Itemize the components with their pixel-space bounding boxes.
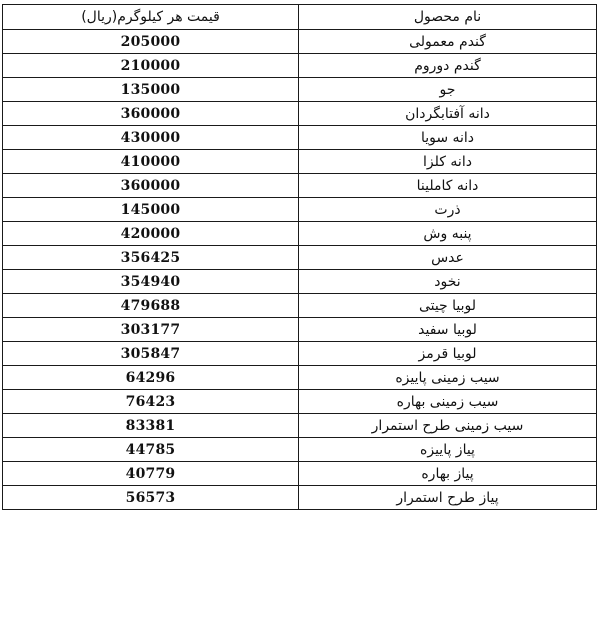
- price-cell: 210000: [3, 54, 299, 78]
- table-row: 360000دانه آفتابگردان: [3, 102, 597, 126]
- product-name-cell: پیاز طرح استمرار: [299, 486, 597, 510]
- table-row: 360000دانه کاملینا: [3, 174, 597, 198]
- price-cell: 76423: [3, 390, 299, 414]
- product-name-cell: دانه سویا: [299, 126, 597, 150]
- price-cell: 354940: [3, 270, 299, 294]
- table-row: 356425عدس: [3, 246, 597, 270]
- price-cell: 360000: [3, 174, 299, 198]
- table-row: 210000گندم دوروم: [3, 54, 597, 78]
- product-name-cell: نخود: [299, 270, 597, 294]
- price-cell: 420000: [3, 222, 299, 246]
- price-cell: 430000: [3, 126, 299, 150]
- price-cell: 83381: [3, 414, 299, 438]
- header-product-name: نام محصول: [299, 5, 597, 30]
- table-row: 420000پنبه وش: [3, 222, 597, 246]
- table-row: 56573پیاز طرح استمرار: [3, 486, 597, 510]
- price-cell: 410000: [3, 150, 299, 174]
- table-row: 205000گندم معمولی: [3, 30, 597, 54]
- table-row: 44785پیاز پاییزه: [3, 438, 597, 462]
- table-row: 479688لوبیا چیتی: [3, 294, 597, 318]
- price-cell: 135000: [3, 78, 299, 102]
- table-row: 40779پیاز بهاره: [3, 462, 597, 486]
- table-row: 145000ذرت: [3, 198, 597, 222]
- price-cell: 479688: [3, 294, 299, 318]
- product-name-cell: پنبه وش: [299, 222, 597, 246]
- table-row: 303177لوبیا سفید: [3, 318, 597, 342]
- table-row: 430000دانه سویا: [3, 126, 597, 150]
- header-price-per-kg: قیمت هر کیلوگرم(ریال): [3, 5, 299, 30]
- product-name-cell: سیب زمینی بهاره: [299, 390, 597, 414]
- product-name-cell: جو: [299, 78, 597, 102]
- product-name-cell: ذرت: [299, 198, 597, 222]
- table-header-row: قیمت هر کیلوگرم(ریال) نام محصول: [3, 5, 597, 30]
- price-cell: 360000: [3, 102, 299, 126]
- product-name-cell: لوبیا چیتی: [299, 294, 597, 318]
- product-name-cell: دانه کلزا: [299, 150, 597, 174]
- product-name-cell: دانه کاملینا: [299, 174, 597, 198]
- product-name-cell: گندم معمولی: [299, 30, 597, 54]
- price-cell: 40779: [3, 462, 299, 486]
- product-name-cell: عدس: [299, 246, 597, 270]
- product-name-cell: لوبیا سفید: [299, 318, 597, 342]
- crop-price-table: قیمت هر کیلوگرم(ریال) نام محصول 205000گن…: [2, 4, 597, 510]
- price-cell: 303177: [3, 318, 299, 342]
- product-name-cell: پیاز پاییزه: [299, 438, 597, 462]
- table-row: 64296سیب زمینی پاییزه: [3, 366, 597, 390]
- product-name-cell: گندم دوروم: [299, 54, 597, 78]
- table-row: 135000جو: [3, 78, 597, 102]
- price-cell: 44785: [3, 438, 299, 462]
- price-cell: 356425: [3, 246, 299, 270]
- price-cell: 56573: [3, 486, 299, 510]
- table-row: 305847لوبیا قرمز: [3, 342, 597, 366]
- table-body: 205000گندم معمولی210000گندم دوروم135000ج…: [3, 30, 597, 510]
- price-cell: 64296: [3, 366, 299, 390]
- table-row: 83381سیب زمینی طرح استمرار: [3, 414, 597, 438]
- price-cell: 305847: [3, 342, 299, 366]
- table-row: 76423سیب زمینی بهاره: [3, 390, 597, 414]
- product-name-cell: دانه آفتابگردان: [299, 102, 597, 126]
- product-name-cell: پیاز بهاره: [299, 462, 597, 486]
- product-name-cell: سیب زمینی پاییزه: [299, 366, 597, 390]
- table-row: 354940نخود: [3, 270, 597, 294]
- product-name-cell: لوبیا قرمز: [299, 342, 597, 366]
- price-cell: 205000: [3, 30, 299, 54]
- table-row: 410000دانه کلزا: [3, 150, 597, 174]
- price-cell: 145000: [3, 198, 299, 222]
- product-name-cell: سیب زمینی طرح استمرار: [299, 414, 597, 438]
